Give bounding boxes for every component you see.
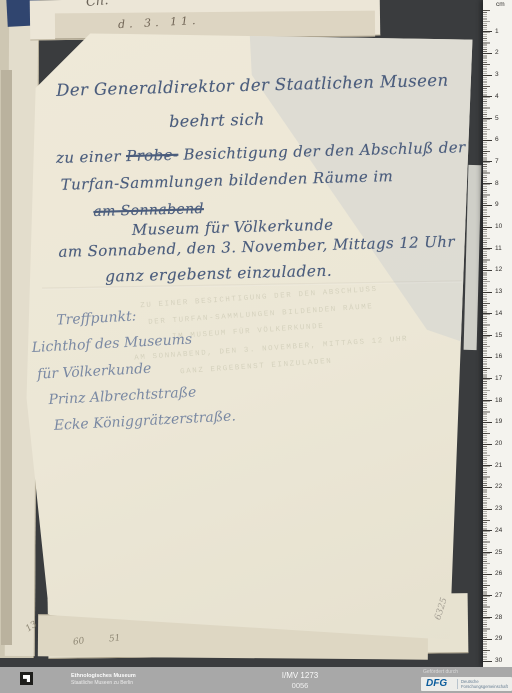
ruler-number: 18 bbox=[495, 397, 502, 404]
funding-label: Gefördert durch bbox=[423, 669, 458, 675]
ruler-number: 11 bbox=[495, 245, 502, 252]
ruler-number: 3 bbox=[495, 71, 499, 78]
ruler-tick bbox=[483, 487, 492, 488]
museum-name: Ethnologisches Museum bbox=[71, 673, 136, 680]
scan-identifier: I/MV 1273 0056 bbox=[240, 671, 360, 691]
ruler-tick bbox=[483, 422, 492, 423]
annotation-line-1: Treffpunkt: bbox=[56, 308, 137, 328]
museum-credit: Ethnologisches Museum Staatliche Museen … bbox=[71, 673, 136, 686]
ruler-unit-label: cm bbox=[496, 1, 505, 8]
ruler-tick bbox=[483, 552, 492, 553]
ruler-number: 19 bbox=[495, 418, 502, 425]
ruler-tick bbox=[483, 248, 492, 249]
stack-page-number-2: 60 bbox=[72, 636, 85, 647]
struck-word: Probe- bbox=[126, 146, 179, 165]
ruler-number: 5 bbox=[495, 115, 499, 122]
ruler-tick bbox=[483, 530, 492, 531]
ruler-tick bbox=[483, 509, 492, 510]
ruler-tick bbox=[483, 378, 492, 379]
ruler-tick bbox=[483, 357, 492, 358]
ruler-tick bbox=[483, 400, 492, 401]
ruler-number: 22 bbox=[495, 483, 502, 490]
handwriting-block: Der Generaldirektor der Staatlichen Muse… bbox=[52, 70, 489, 341]
ruler-tick bbox=[483, 140, 492, 141]
ruler-number: 8 bbox=[495, 180, 499, 187]
handwriting-line-2: beehrt sich bbox=[169, 109, 265, 130]
ruler-number: 16 bbox=[495, 353, 502, 360]
ruler-number: 27 bbox=[495, 592, 502, 599]
handwriting-line-6: am Sonnabend, den 3. November, Mittags 1… bbox=[58, 233, 455, 261]
ruler-tick bbox=[483, 205, 492, 206]
ruler-tick bbox=[483, 444, 492, 445]
ruler-tick bbox=[483, 465, 492, 466]
scan-viewport: Ch. d. 3. 11. 13 60 51 ZU EINER BESICHTI… bbox=[0, 0, 512, 693]
ruler-tick bbox=[483, 270, 492, 271]
ruler-number: 12 bbox=[495, 266, 502, 273]
ruler-number: 14 bbox=[495, 310, 502, 317]
ruler-tick bbox=[483, 31, 492, 32]
ruler-number: 1 bbox=[495, 28, 499, 35]
ruler-number: 10 bbox=[495, 223, 502, 230]
ruler-number: 28 bbox=[495, 614, 502, 621]
annotation-line-5: Ecke Königgrätzerstraße. bbox=[53, 408, 236, 434]
ruler-number: 26 bbox=[495, 570, 502, 577]
annotation-line-3: für Völkerkunde bbox=[37, 361, 152, 383]
ruler-number: 29 bbox=[495, 635, 502, 642]
dfg-logo-chip: DFG Deutsche Forschungsgemeinschaft bbox=[421, 677, 512, 691]
annotation-line-4: Prinz Albrechtstraße bbox=[48, 384, 197, 408]
ruler-number: 23 bbox=[495, 505, 502, 512]
ruler-tick bbox=[483, 292, 492, 293]
ruler-tick bbox=[483, 53, 492, 54]
handwriting-line-3: zu einer Probe- Besichtigung der den Abs… bbox=[56, 138, 466, 167]
ruler-tick bbox=[483, 574, 492, 575]
page-number: 0056 bbox=[240, 681, 360, 691]
ruler-number: 4 bbox=[495, 93, 499, 100]
ruler-number: 7 bbox=[495, 158, 499, 165]
ruler-number: 24 bbox=[495, 527, 502, 534]
document-sheet: ZU EINER BESICHTIGUNG DER DEN ABSCHLUSS … bbox=[22, 26, 477, 646]
ruler-tick bbox=[483, 75, 492, 76]
paper-stack-edge-3 bbox=[1, 70, 12, 645]
handwriting-line-5-struck: am Sonnabend bbox=[93, 201, 204, 220]
museum-logo-glyph bbox=[23, 675, 30, 682]
ruler-tick bbox=[483, 183, 492, 184]
pencil-vertical-note: 7 D 4860 bbox=[455, 457, 478, 517]
ruler-number: 15 bbox=[495, 332, 502, 339]
ruler-number: 25 bbox=[495, 549, 502, 556]
handwriting-line-1: Der Generaldirektor der Staatlichen Muse… bbox=[56, 71, 449, 100]
ruler-number: 13 bbox=[495, 288, 502, 295]
ruler-number: 9 bbox=[495, 201, 499, 208]
stack-page-number-3: 51 bbox=[109, 633, 121, 644]
handwriting-line-7: ganz ergebenst einzuladen. bbox=[105, 262, 332, 286]
ruler-tick bbox=[483, 118, 492, 119]
ruler-tick bbox=[483, 227, 492, 228]
museum-logo bbox=[20, 672, 33, 685]
ruler-tick bbox=[483, 313, 492, 314]
dfg-acronym: DFG bbox=[426, 678, 447, 689]
ruler: cm 1 2 3 4 bbox=[483, 0, 512, 667]
ruler-number: 21 bbox=[495, 462, 502, 469]
museum-subtitle: Staatliche Museen zu Berlin bbox=[71, 680, 136, 687]
ruler-tick bbox=[483, 335, 492, 336]
handwriting-line-4: Turfan-Sammlungen bildenden Räume im bbox=[60, 167, 393, 194]
ruler-tick bbox=[483, 639, 492, 640]
dfg-name: Deutsche Forschungsgemeinschaft bbox=[457, 679, 508, 689]
ruler-tick bbox=[483, 595, 492, 596]
inventory-label: I/MV 1273 bbox=[240, 671, 360, 681]
ruler-tick bbox=[483, 161, 492, 162]
ruler-number: 20 bbox=[495, 440, 502, 447]
ruler-tick bbox=[483, 617, 492, 618]
ruler-number: 30 bbox=[495, 657, 502, 664]
ruler-number: 2 bbox=[495, 49, 499, 56]
footer-bar: Ethnologisches Museum Staatliche Museen … bbox=[0, 667, 512, 693]
ruler-tick bbox=[483, 661, 492, 662]
pencil-corner-note: 6325 bbox=[433, 597, 450, 622]
ruler-number: 17 bbox=[495, 375, 502, 382]
ruler-number: 6 bbox=[495, 136, 499, 143]
ruler-tick bbox=[483, 96, 492, 97]
annotation-line-2: Lichthof des Museums bbox=[31, 332, 192, 356]
annotation-block: Treffpunkt: Lichthof des Museums für Völ… bbox=[30, 301, 278, 463]
